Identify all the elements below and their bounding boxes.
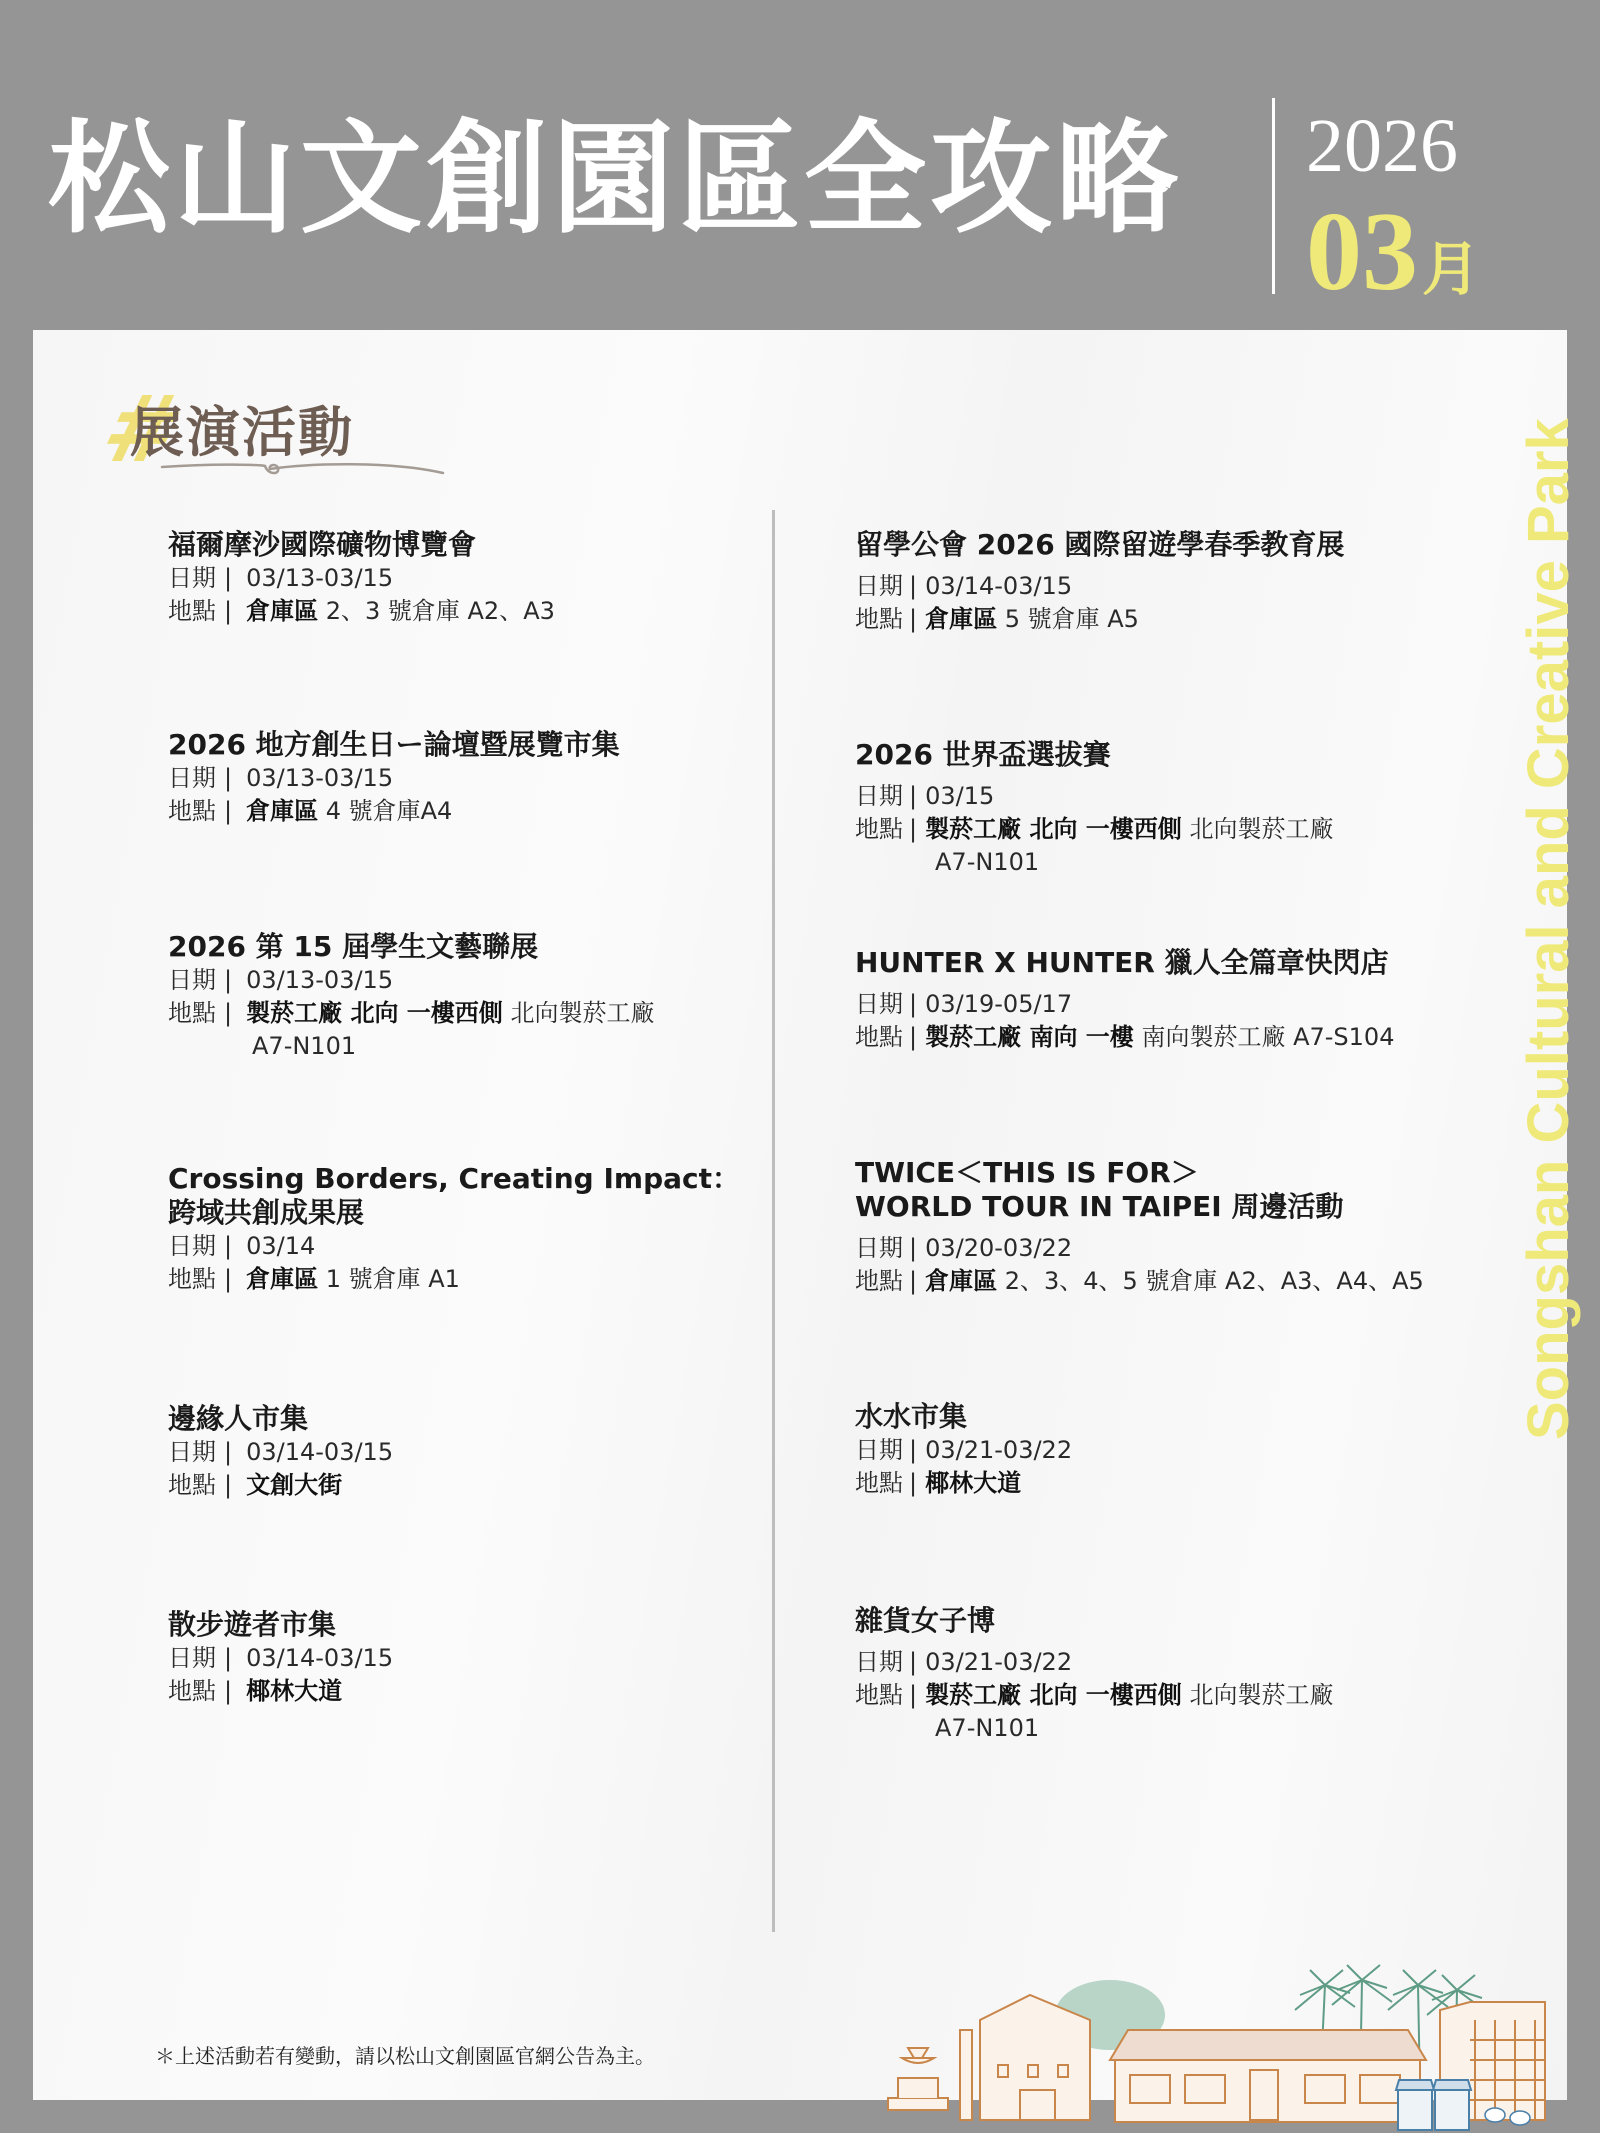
event-date: 日期|03/19-05/17 bbox=[855, 988, 1394, 1021]
event-date: 日期|03/15 bbox=[855, 780, 1333, 813]
event-item: HUNTER X HUNTER 獵人全篇章快閃店 日期|03/19-05/17 … bbox=[855, 946, 1394, 1054]
month-number: 03 bbox=[1306, 190, 1418, 314]
event-date: 日期|03/14-03/15 bbox=[855, 570, 1344, 603]
month-suffix: 月 bbox=[1422, 235, 1480, 303]
event-title: 散步遊者市集 bbox=[168, 1608, 393, 1642]
event-item: 留學公會 2026 國際留遊學春季教育展 日期|03/14-03/15 地點|倉… bbox=[855, 528, 1344, 636]
event-date: 日期|03/14-03/15 bbox=[168, 1642, 393, 1675]
column-divider bbox=[772, 510, 775, 1932]
event-location: 地點|製菸工廠 北向 一樓西側 北向製菸工廠 bbox=[855, 813, 1333, 846]
event-item: TWICE＜THIS IS FOR＞ WORLD TOUR IN TAIPEI … bbox=[855, 1156, 1424, 1298]
underline-swash-icon bbox=[160, 455, 445, 485]
event-item: 邊緣人市集 日期|03/14-03/15 地點|文創大街 bbox=[168, 1402, 393, 1502]
park-buildings-illustration-icon bbox=[880, 1940, 1570, 2133]
event-title: 邊緣人市集 bbox=[168, 1402, 393, 1436]
event-item: 雜貨女子博 日期|03/21-03/22 地點|製菸工廠 北向 一樓西側 北向製… bbox=[855, 1604, 1333, 1745]
footnote: ＊上述活動若有變動，請以松山文創園區官網公告為主。 bbox=[155, 2040, 655, 2069]
event-title-line2: 跨域共創成果展 bbox=[168, 1196, 740, 1230]
header-year: 2026 bbox=[1306, 108, 1458, 184]
header-month: 03月 bbox=[1306, 196, 1480, 308]
event-title: Crossing Borders, Creating Impact： bbox=[168, 1162, 740, 1196]
event-location-cont: A7-N101 bbox=[168, 1030, 654, 1063]
event-item: Crossing Borders, Creating Impact： 跨域共創成… bbox=[168, 1162, 740, 1296]
event-item: 福爾摩沙國際礦物博覽會 日期|03/13-03/15 地點|倉庫區 2、3 號倉… bbox=[168, 528, 555, 628]
event-title: TWICE＜THIS IS FOR＞ bbox=[855, 1156, 1424, 1190]
event-date: 日期|03/13-03/15 bbox=[168, 964, 654, 997]
event-location: 地點|倉庫區 4 號倉庫A4 bbox=[168, 795, 620, 828]
event-date: 日期|03/14-03/15 bbox=[168, 1436, 393, 1469]
event-item: 水水市集 日期|03/21-03/22 地點|椰林大道 bbox=[855, 1400, 1072, 1500]
event-location: 地點|製菸工廠 北向 一樓西側 北向製菸工廠 bbox=[855, 1679, 1333, 1712]
event-location: 地點|倉庫區 2、3、4、5 號倉庫 A2、A3、A4、A5 bbox=[855, 1265, 1424, 1298]
event-title: 福爾摩沙國際礦物博覽會 bbox=[168, 528, 555, 562]
event-item: 2026 世界盃選拔賽 日期|03/15 地點|製菸工廠 北向 一樓西側 北向製… bbox=[855, 738, 1333, 879]
header-divider bbox=[1272, 98, 1275, 294]
event-date: 日期|03/14 bbox=[168, 1230, 740, 1263]
page-title: 松山文創園區全攻略 bbox=[48, 118, 1182, 240]
event-date: 日期|03/13-03/15 bbox=[168, 762, 620, 795]
event-date: 日期|03/21-03/22 bbox=[855, 1434, 1072, 1467]
event-location: 地點|椰林大道 bbox=[855, 1467, 1072, 1500]
event-title: 雜貨女子博 bbox=[855, 1604, 1333, 1638]
event-location: 地點|文創大街 bbox=[168, 1469, 393, 1502]
event-location: 地點|製菸工廠 南向 一樓 南向製菸工廠 A7-S104 bbox=[855, 1021, 1394, 1054]
event-date: 日期|03/20-03/22 bbox=[855, 1232, 1424, 1265]
event-item: 散步遊者市集 日期|03/14-03/15 地點|椰林大道 bbox=[168, 1608, 393, 1708]
park-name-vertical: Songshan Cultural and Creative Park bbox=[1520, 418, 1578, 1440]
event-date: 日期|03/21-03/22 bbox=[855, 1646, 1333, 1679]
event-location: 地點|倉庫區 1 號倉庫 A1 bbox=[168, 1263, 740, 1296]
event-title: 2026 世界盃選拔賽 bbox=[855, 738, 1333, 772]
event-location-cont: A7-N101 bbox=[855, 846, 1333, 879]
event-title-line2: WORLD TOUR IN TAIPEI 周邊活動 bbox=[855, 1190, 1424, 1224]
event-item: 2026 第 15 屆學生文藝聯展 日期|03/13-03/15 地點|製菸工廠… bbox=[168, 930, 654, 1063]
event-location: 地點|製菸工廠 北向 一樓西側 北向製菸工廠 bbox=[168, 997, 654, 1030]
event-title: 2026 地方創生日ー論壇暨展覽市集 bbox=[168, 728, 620, 762]
event-location-cont: A7-N101 bbox=[855, 1712, 1333, 1745]
event-title: 2026 第 15 屆學生文藝聯展 bbox=[168, 930, 654, 964]
event-location: 地點|倉庫區 5 號倉庫 A5 bbox=[855, 603, 1344, 636]
event-title: HUNTER X HUNTER 獵人全篇章快閃店 bbox=[855, 946, 1394, 980]
event-date: 日期|03/13-03/15 bbox=[168, 562, 555, 595]
event-title: 水水市集 bbox=[855, 1400, 1072, 1434]
event-location: 地點|椰林大道 bbox=[168, 1675, 393, 1708]
event-item: 2026 地方創生日ー論壇暨展覽市集 日期|03/13-03/15 地點|倉庫區… bbox=[168, 728, 620, 828]
event-location: 地點|倉庫區 2、3 號倉庫 A2、A3 bbox=[168, 595, 555, 628]
event-title: 留學公會 2026 國際留遊學春季教育展 bbox=[855, 528, 1344, 562]
